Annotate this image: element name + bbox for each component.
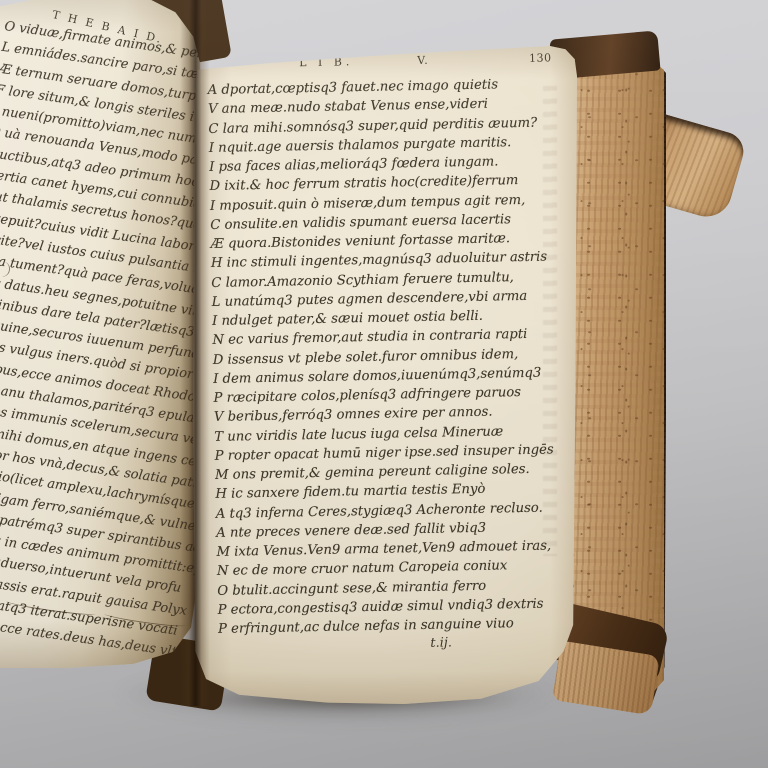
right-page: L I B. V. 130 A dportat,cœptisq3 fauet.n… [193,46,577,704]
right-page-text: L I B. V. 130 A dportat,cœptisq3 fauet.n… [207,49,577,655]
folio-number: 130 [529,51,552,64]
left-page-verse: O viduæ,firmate animos,& pellite sexuL e… [0,16,200,668]
right-page-verse: A dportat,cœptisq3 fauet.nec imago quiet… [207,74,577,639]
running-title-book-number: V. [417,54,429,67]
book-photograph: T H E B A I D. O viduæ,firmate animos,& … [0,0,768,768]
left-page: T H E B A I D. O viduæ,firmate animos,& … [0,0,200,668]
